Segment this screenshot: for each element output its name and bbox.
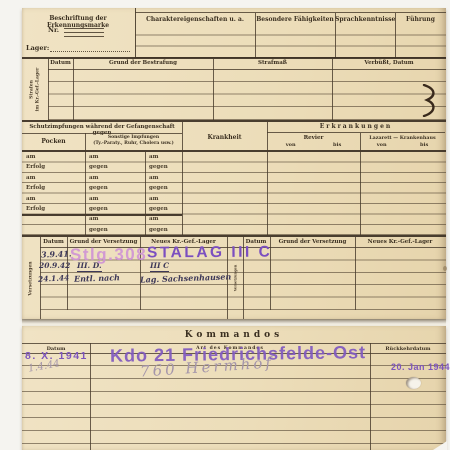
strafen-divider xyxy=(332,59,333,120)
versetz-col-datum: Datum xyxy=(40,239,67,245)
impf-divider xyxy=(267,122,268,235)
traits-col-faehigkeiten: Besondere Fähigkeiten xyxy=(255,16,335,23)
stlg-308-stamp: Stlg.308 xyxy=(70,245,147,265)
lazarett-von-bis: vonbis xyxy=(360,142,445,148)
sonstige-col-header: Sonstige Impfungen (Ty.-Paraty., Ruhr, C… xyxy=(85,135,182,146)
traits-table: Charaktereigenschaften u. a. Besondere F… xyxy=(135,12,446,58)
kommandos-divider xyxy=(90,343,91,450)
return-date-stamp: 20. Jan 1944 xyxy=(391,362,450,372)
transfer-entry-reason: Entl. nach xyxy=(74,272,120,284)
kommandos-divider xyxy=(370,343,371,450)
impfungen-title-underline xyxy=(22,133,182,134)
strafen-col-strafmass: Strafmaß xyxy=(213,60,332,66)
traits-col-fuehrung: Führung xyxy=(395,16,446,23)
revier-col-header: Revier xyxy=(267,135,360,141)
versetz-col-lager-r: Neues Kr.-Gef.-Lager xyxy=(355,239,445,245)
corner-tear xyxy=(433,441,447,450)
krankheit-col-header: Krankheit xyxy=(182,134,267,141)
nr-blank-lines xyxy=(64,28,104,38)
impf-divider xyxy=(85,133,86,235)
traits-col-sprachen: Sprachkenntnisse xyxy=(335,16,395,23)
pocken-col-header: Pocken xyxy=(22,138,85,145)
strafen-col-verbuesst: Verbüßt, Datum xyxy=(332,60,446,66)
edge-speck xyxy=(443,266,447,271)
strafen-divider xyxy=(213,59,214,120)
stalag-iii-c-stamp: STALAG III C xyxy=(147,244,272,263)
versetz-divider xyxy=(355,237,356,310)
nr-label: Nr. xyxy=(48,26,59,34)
fold-shadow xyxy=(22,319,446,326)
lazarett-col-header: Lazarett — Krankenhaus xyxy=(360,135,445,141)
section-divider xyxy=(22,120,446,122)
strafen-side-label: Strafen im Kr.-Gef.-Lager xyxy=(22,59,49,120)
transfer-entry-date: 24.1.44 xyxy=(38,273,70,284)
scanned-pow-record-card: Beschriftung der Erkennungsmarke Nr. Lag… xyxy=(0,0,450,450)
kommandos-col-rueckkehr: Rückkehrdatum xyxy=(370,346,446,352)
impf-divider xyxy=(145,152,146,235)
traits-col-charakter: Charaktereigenschaften u. a. xyxy=(135,16,255,23)
punch-hole xyxy=(406,377,421,389)
transfer-entry-date: 20.9.42 xyxy=(39,261,70,270)
transfer-entry-date: 3.9.41. xyxy=(41,248,72,259)
versetz-col-grund-r: Grund der Versetzung xyxy=(270,239,355,245)
impf-divider xyxy=(360,133,361,235)
id-block: Beschriftung der Erkennungsmarke Nr. Lag… xyxy=(22,8,136,57)
transfer-entry-camp: III C xyxy=(150,261,169,272)
card-top: Beschriftung der Erkennungsmarke Nr. Lag… xyxy=(22,8,446,319)
revier-von-bis: vonbis xyxy=(267,142,360,148)
kommandos-title: Kommandos xyxy=(22,330,446,340)
strafen-empty-rows xyxy=(48,69,446,120)
impf-divider xyxy=(182,122,183,235)
erkrankungen-title-underline xyxy=(267,132,445,133)
id-title: Beschriftung der Erkennungsmarke xyxy=(24,15,132,29)
erkrankungen-title: Erkrankungen xyxy=(267,123,445,130)
lager-label: Lager: xyxy=(26,44,49,52)
binder-wire-mark xyxy=(421,84,438,117)
lager-blank-line xyxy=(50,51,130,52)
pocken-block-divider xyxy=(22,214,182,216)
strafen-col-grund: Grund der Bestrafung xyxy=(73,60,213,66)
strafen-divider xyxy=(73,59,74,120)
traits-empty-rows xyxy=(135,24,446,58)
strafen-col-datum: Datum xyxy=(48,60,73,66)
